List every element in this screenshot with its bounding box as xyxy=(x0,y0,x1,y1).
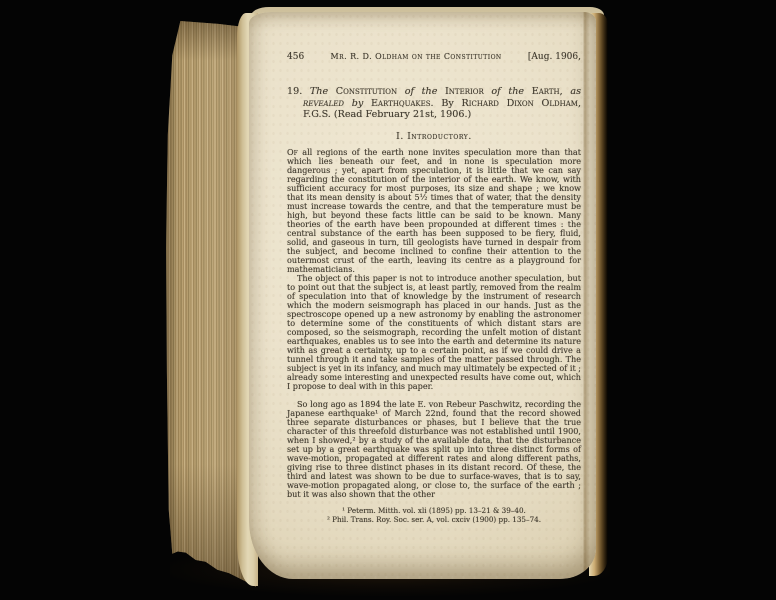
title-segment: By xyxy=(434,98,462,109)
paragraph-text: all regions of the earth none invites sp… xyxy=(287,147,581,274)
paragraph-3: So long ago as 1894 the late E. von Rebe… xyxy=(287,400,581,499)
paragraph-text: So long ago as 1894 the late E. von Rebe… xyxy=(287,399,581,499)
section-heading: I. Introductory. xyxy=(287,132,581,142)
title-segment: The xyxy=(310,86,336,97)
book-open-page: 456 Mr. R. D. Oldham on the Constitution… xyxy=(249,12,596,579)
title-segment: as xyxy=(563,86,581,97)
footnotes: ¹ Peterm. Mitth. vol. xli (1895) pp. 13–… xyxy=(287,506,581,524)
title-segment: by xyxy=(344,98,371,109)
title-segment: 19. xyxy=(287,86,310,97)
title-segment: of the xyxy=(484,86,532,97)
title-segment: Interior xyxy=(445,86,484,97)
paragraph-1: Of all regions of the earth none invites… xyxy=(287,148,581,274)
title-segment: of the xyxy=(397,86,445,97)
title-segment: Richard Dixon Oldham xyxy=(462,98,578,109)
title-segment: Earth, xyxy=(532,86,563,97)
page-number: 456 xyxy=(287,52,304,62)
paragraph-2: The object of this paper is not to intro… xyxy=(287,274,581,391)
footnote-1: ¹ Peterm. Mitth. vol. xli (1895) pp. 13–… xyxy=(287,506,581,515)
title-segment: Constitution xyxy=(336,86,397,97)
issue-date: [Aug. 1906, xyxy=(528,52,581,62)
article-title: 19. The Constitution of the Interior of … xyxy=(287,86,581,121)
footnote-2: ² Phil. Trans. Roy. Soc. ser. A, vol. cx… xyxy=(287,515,581,524)
book-photograph: 456 Mr. R. D. Oldham on the Constitution… xyxy=(0,0,776,600)
paragraph-text: The object of this paper is not to intro… xyxy=(287,273,581,391)
title-segment: Earthquakes. xyxy=(371,98,434,109)
page-header: 456 Mr. R. D. Oldham on the Constitution… xyxy=(287,52,581,62)
page-content: 456 Mr. R. D. Oldham on the Constitution… xyxy=(287,52,581,524)
title-segment: revealed xyxy=(303,98,344,109)
running-title: Mr. R. D. Oldham on the Constitution xyxy=(330,52,501,62)
